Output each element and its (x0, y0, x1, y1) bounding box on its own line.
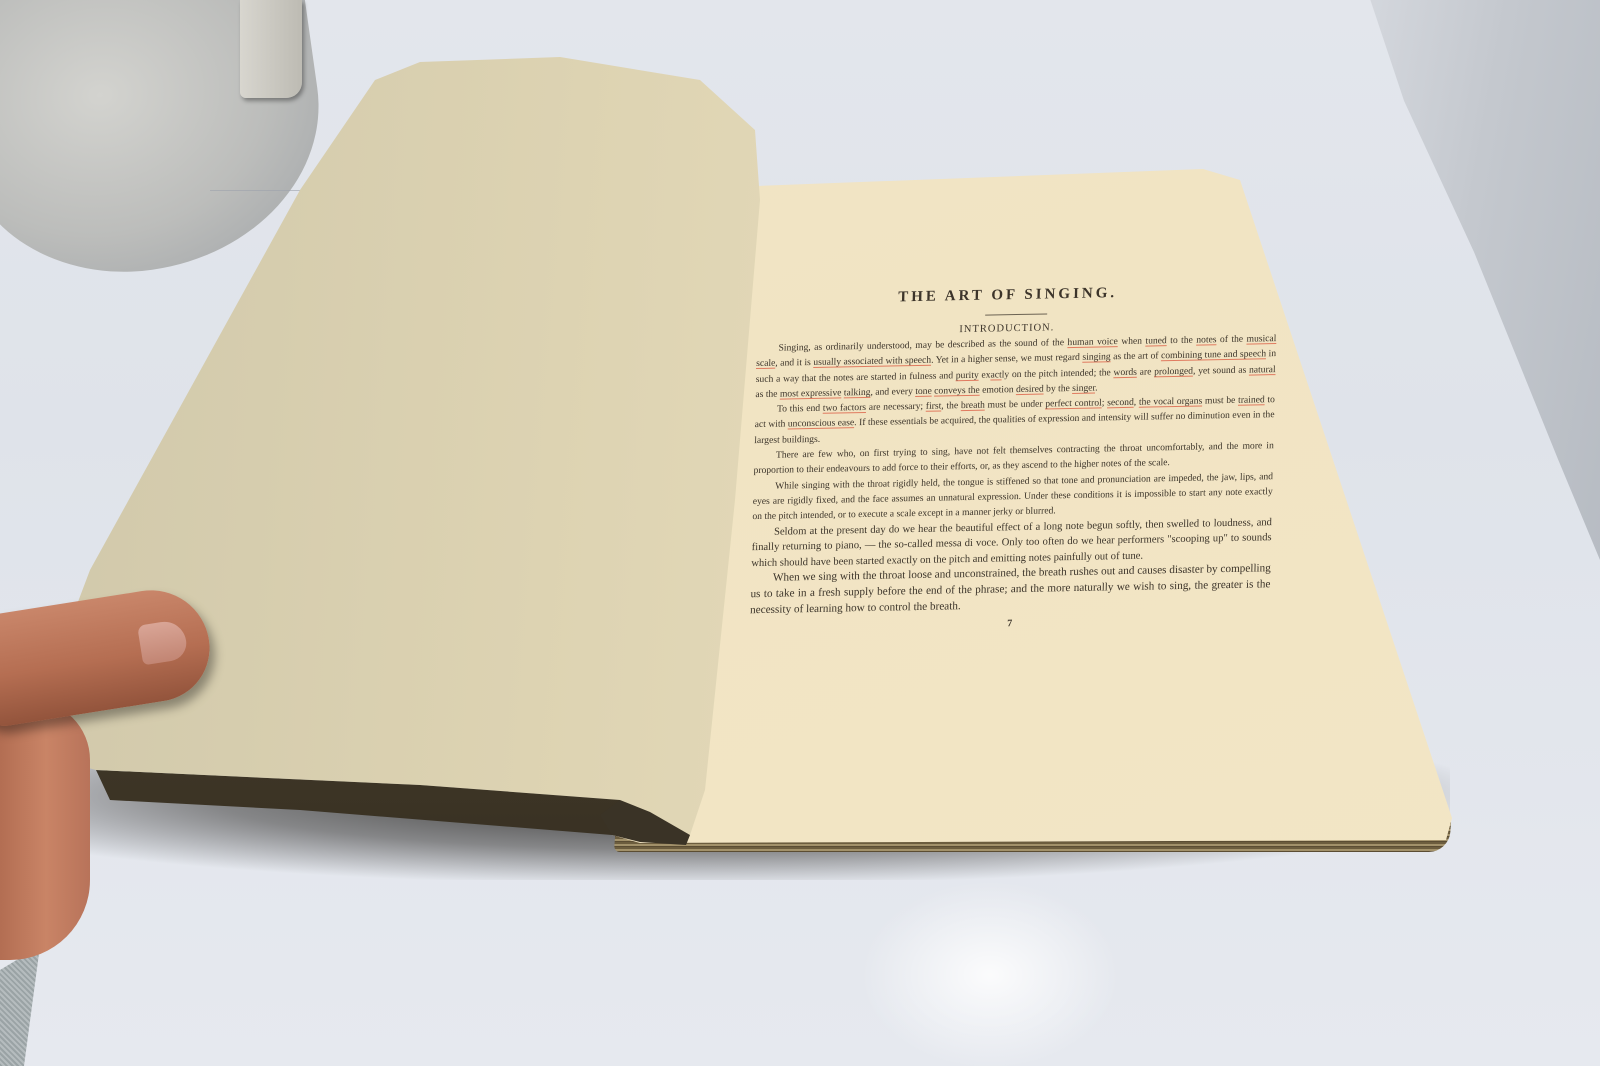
table-highlight (860, 880, 1120, 1066)
fabric-corner (0, 946, 40, 1066)
paragraph-6: When we sing with the throat loose and u… (750, 562, 1271, 619)
background-right-panel (1320, 0, 1600, 560)
title-rule (985, 313, 1047, 315)
book-title: THE ART OF SINGING. (797, 283, 1217, 308)
photo-scene: THE ART OF SINGING. INTRODUCTION. Singin… (0, 0, 1600, 1066)
page-content: THE ART OF SINGING. INTRODUCTION. Singin… (750, 278, 1278, 634)
background-block (240, 0, 302, 98)
hand (0, 700, 90, 960)
paragraph-1: Singing, as ordinarily understood, may b… (755, 331, 1276, 402)
